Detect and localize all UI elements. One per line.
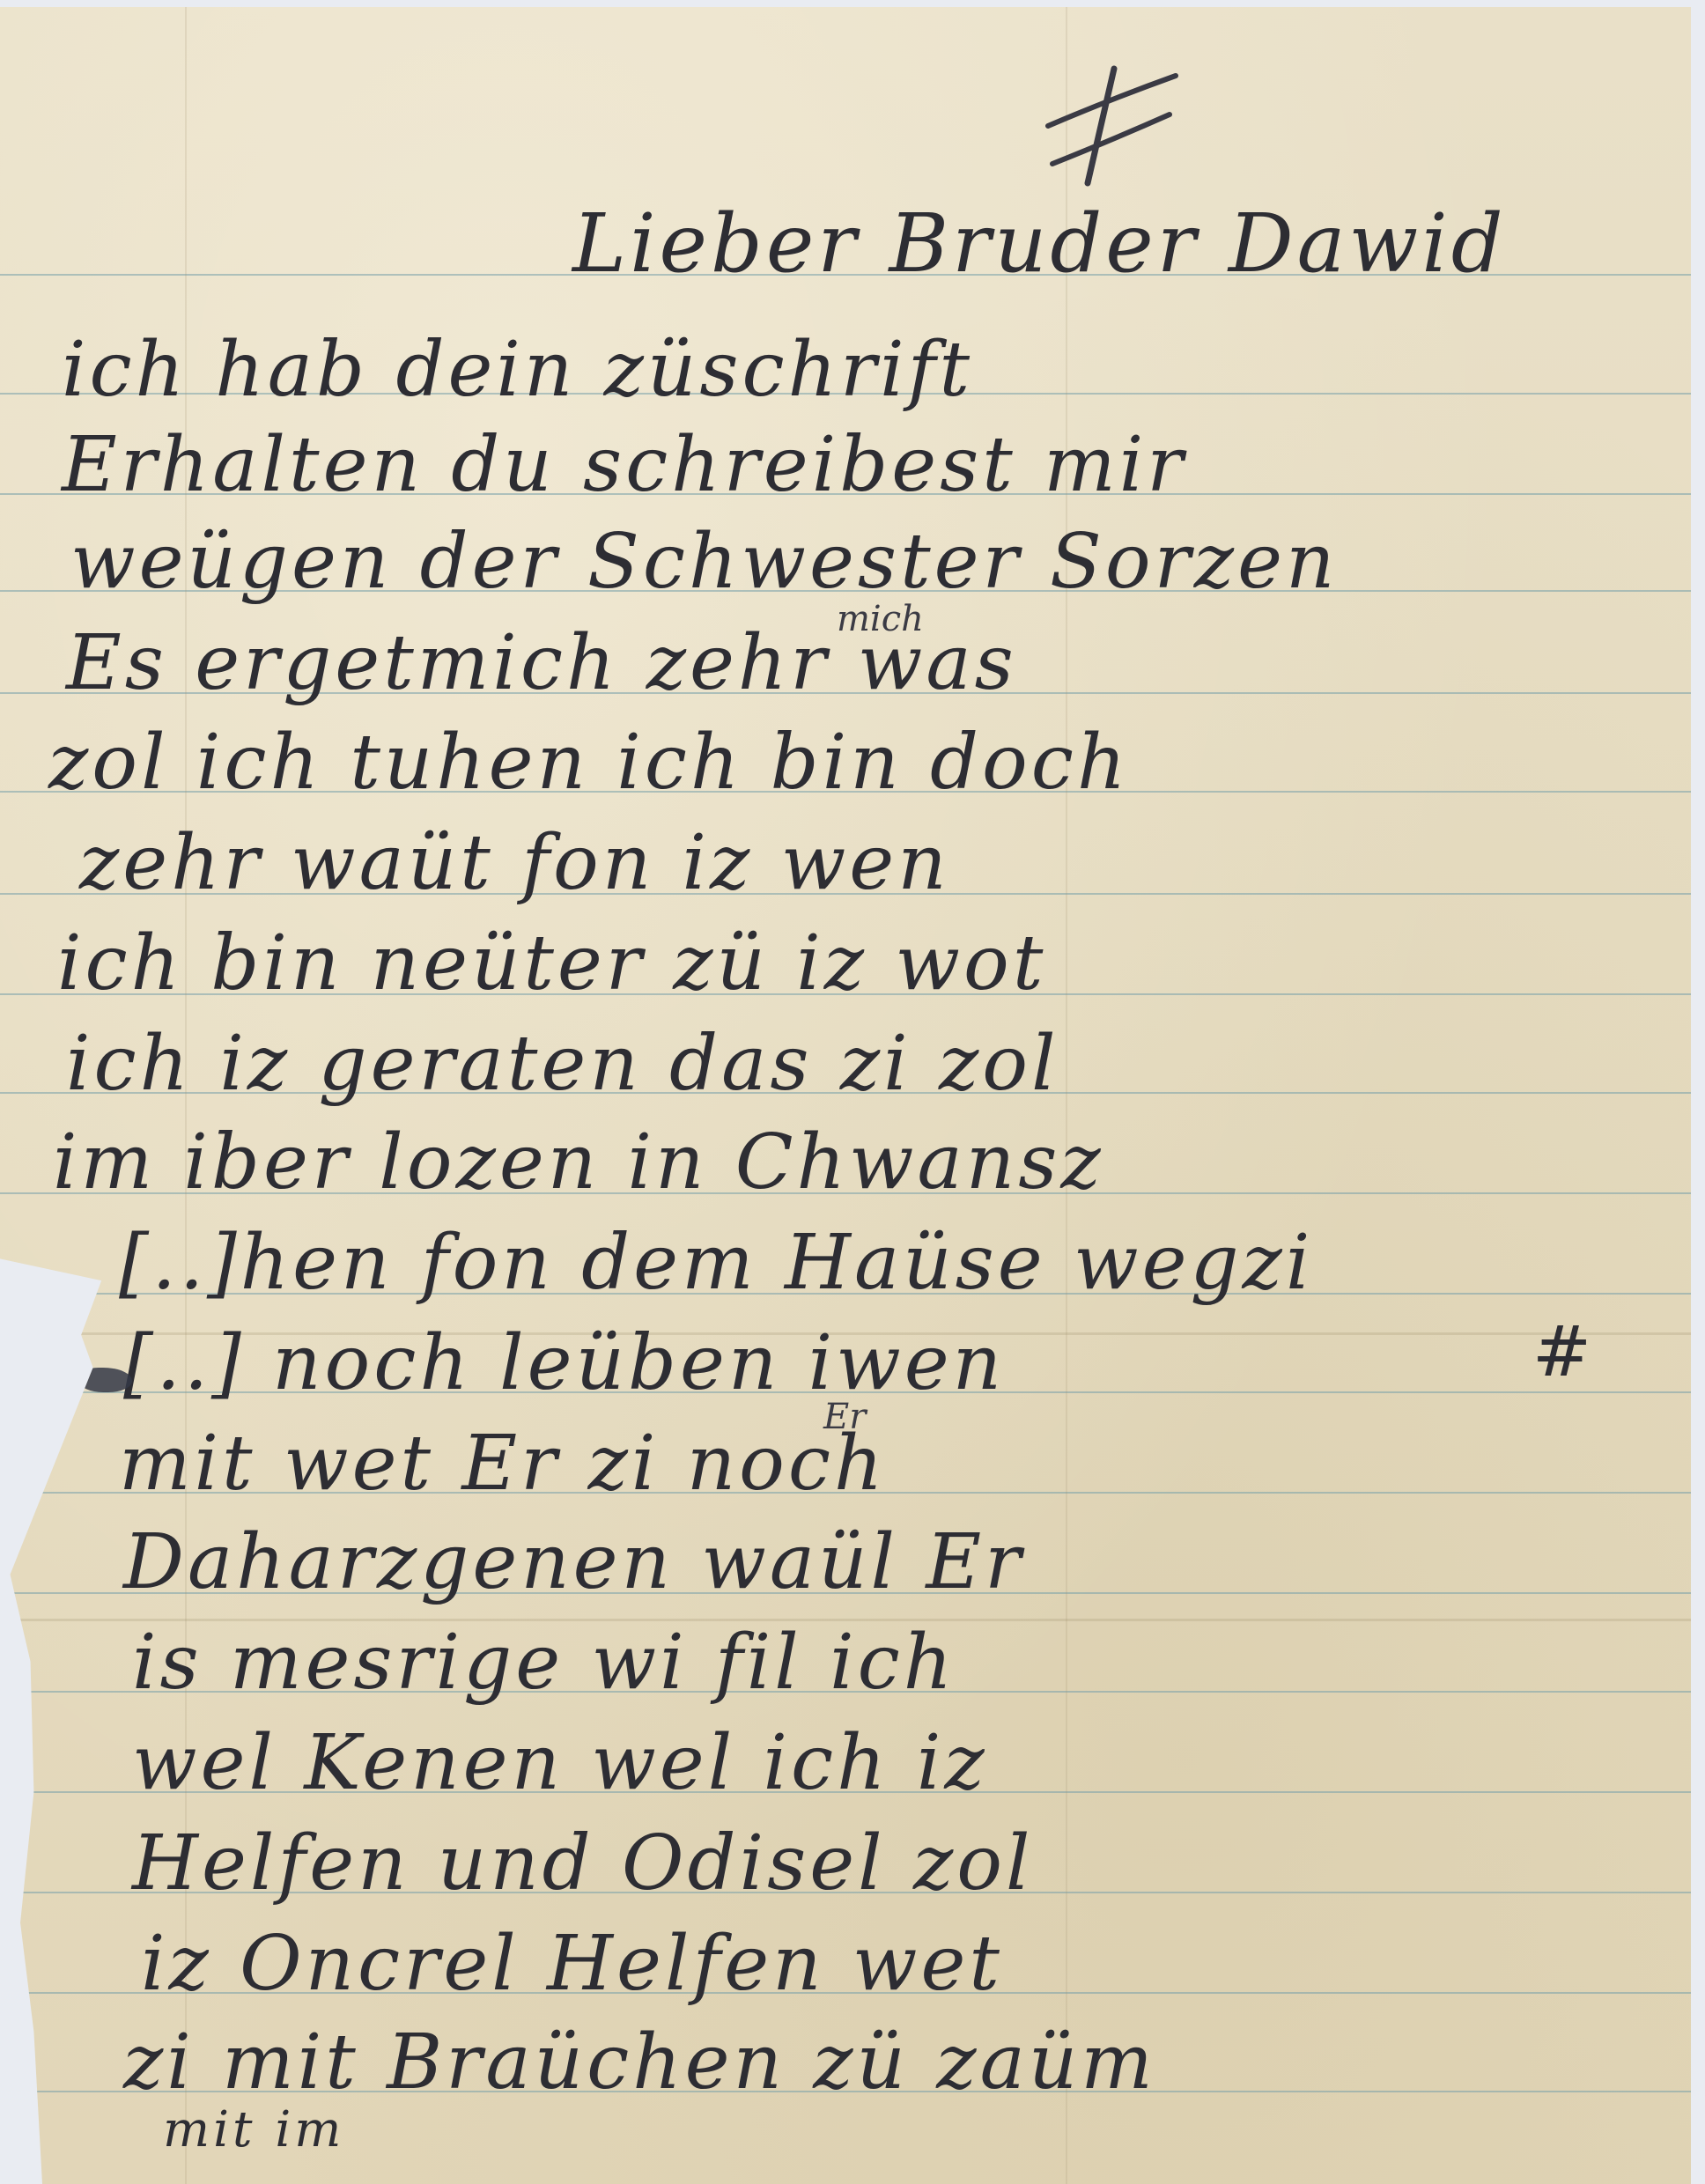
letter-line: zehr waüt fon iz wen — [79, 819, 950, 907]
paper-fold — [1066, 7, 1067, 2184]
letter-page: Lieber Bruder Dawid ich hab dein züschri… — [0, 7, 1691, 2184]
margin-mark: # — [1532, 1310, 1591, 1392]
salutation: Lieber Bruder Dawid — [572, 196, 1507, 291]
interlinear-insertion: Er — [823, 1397, 866, 1437]
letter-line: mit wet Er zi noch — [119, 1420, 886, 1508]
letter-line: im iber lozen in Chwansz — [53, 1118, 1104, 1206]
hash-mark-icon — [1030, 60, 1189, 201]
letter-line: ich hab dein züschrift — [62, 326, 973, 414]
letter-line: zi mit Braüchen zü zaüm — [123, 2018, 1156, 2107]
letter-line: Helfen und Odisel zol — [132, 1819, 1034, 1907]
letter-line: [..] noch leüben iwen — [123, 1319, 1005, 1407]
letter-line: ich bin neüter zü iz wot — [57, 919, 1046, 1007]
letter-line: weügen der Schwester Sorzen — [70, 518, 1338, 606]
letter-line: wel Kenen wel ich iz — [132, 1719, 988, 1807]
letter-line: Erhalten du schreibest mir — [62, 421, 1186, 509]
letter-line: [..]hen fon dem Haüse wegzi — [119, 1219, 1313, 1307]
letter-line: Daharzgenen waül Er — [123, 1518, 1024, 1606]
letter-line: is mesrige wi fil ich — [132, 1619, 956, 1707]
ink-blot — [79, 1368, 132, 1392]
letter-line: mit im — [163, 2101, 344, 2158]
letter-line: zol ich tuhen ich bin doch — [48, 719, 1129, 807]
letter-line: iz Oncrel Helfen wet — [141, 1920, 1003, 2008]
letter-line: ich iz geraten das zi zol — [66, 1020, 1059, 1108]
interlinear-insertion: mich — [837, 599, 924, 639]
